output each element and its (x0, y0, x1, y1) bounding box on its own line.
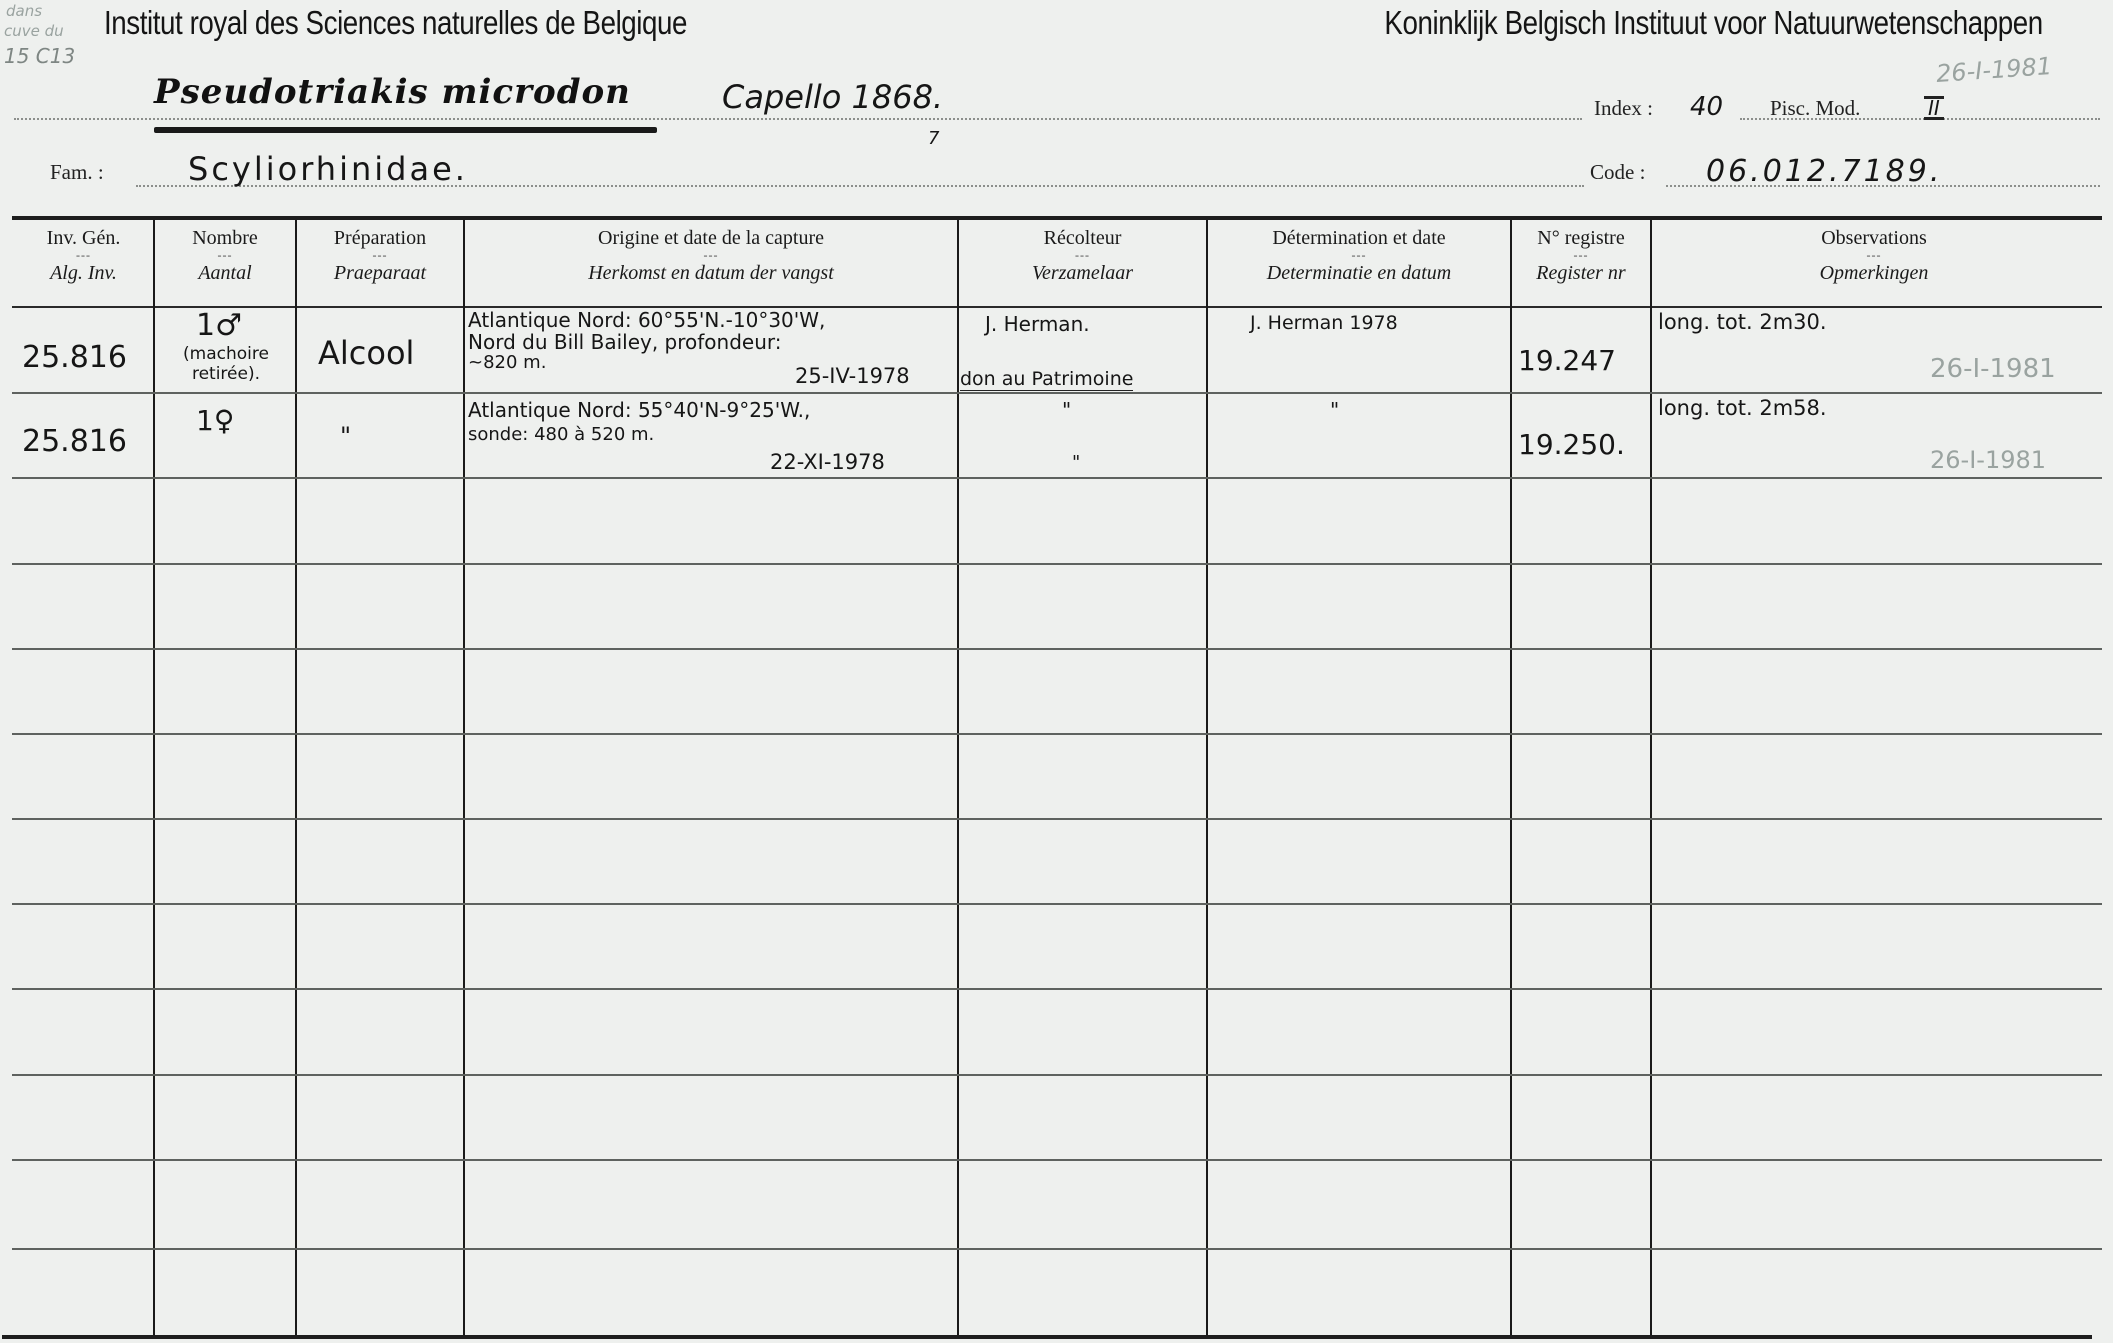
header-fr: N° registre (1512, 226, 1650, 250)
cell-origine-line-1: Atlantique Nord: 55°40'N-9°25'W., (468, 398, 810, 422)
cell-nombre: 1♂ (196, 308, 242, 343)
cell-nombre: 1♀ (196, 404, 234, 437)
cell-preparation: Alcool (318, 334, 414, 372)
cell-origine-line-2: Nord du Bill Bailey, profondeur: (468, 330, 782, 354)
header-nl: Herkomst en datum der vangst (465, 260, 957, 286)
header-nl: Praeparaat (297, 260, 463, 286)
cell-registre: 19.247 (1518, 344, 1616, 377)
header-fr: Préparation (297, 226, 463, 250)
table-top-rule (12, 216, 2102, 220)
row-line (12, 988, 2102, 990)
column-header-inv: Inv. Gén. --- Alg. Inv. (14, 226, 153, 286)
header-separator: --- (959, 250, 1206, 260)
column-divider-4 (957, 220, 959, 1335)
row-line (12, 563, 2102, 565)
header-separator: --- (1512, 250, 1650, 260)
header-nl: Aantal (155, 260, 295, 286)
column-divider-7 (1650, 220, 1652, 1335)
header-nl: Register nr (1512, 260, 1650, 286)
row-line (12, 1074, 2102, 1076)
header-separator: --- (1208, 250, 1510, 260)
pisc-mod-value: II (1924, 96, 1944, 120)
cell-origine-date: 25-IV-1978 (795, 364, 910, 388)
column-header-recolteur: Récolteur --- Verzamelaar (959, 226, 1206, 286)
cell-recolteur: J. Herman. (985, 312, 1090, 336)
species-author: Capello 1868. (722, 78, 943, 116)
cell-observations: long. tot. 2m58. (1658, 396, 1827, 420)
species-dotted-line (14, 118, 1582, 120)
margin-note-line-1: dans (6, 2, 42, 20)
cell-registre: 19.250. (1518, 428, 1625, 461)
header-fr: Récolteur (959, 226, 1206, 250)
margin-note-line-2: cuve du (4, 22, 64, 40)
header-separator: --- (297, 250, 463, 260)
cell-observations-date: 26-I-1981 (1930, 446, 2046, 474)
margin-note-line-3: 15 C13 (4, 44, 75, 68)
column-divider-3 (463, 220, 465, 1335)
cell-nombre-note-1: (machoire (160, 344, 292, 364)
row-line (12, 903, 2102, 905)
header-bottom-rule (12, 306, 2102, 308)
row-line (12, 392, 2102, 394)
header-nl: Verzamelaar (959, 260, 1206, 286)
column-header-observations: Observations --- Opmerkingen (1652, 226, 2096, 286)
index-label: Index : (1594, 96, 1653, 121)
table-bottom-rule (2, 1335, 2092, 1339)
institute-name-fr: Institut royal des Sciences naturelles d… (104, 4, 687, 42)
row-line (12, 733, 2102, 735)
header-separator: --- (1652, 250, 2096, 260)
header-separator: --- (155, 250, 295, 260)
family-value: Scyliorhinidae. (188, 150, 468, 188)
column-divider-1 (153, 220, 155, 1335)
column-divider-5 (1206, 220, 1208, 1335)
cell-preparation: " (340, 422, 351, 450)
row-line (12, 1159, 2102, 1161)
row-line (12, 1248, 2102, 1250)
column-header-preparation: Préparation --- Praeparaat (297, 226, 463, 286)
header-nl: Opmerkingen (1652, 260, 2096, 286)
cell-origine-line-1: Atlantique Nord: 60°55'N.-10°30'W, (468, 308, 825, 332)
header-nl: Alg. Inv. (14, 260, 153, 286)
cell-recolteur: " (1062, 398, 1071, 422)
index-value: 40 (1690, 92, 1723, 122)
row-line (12, 818, 2102, 820)
header-separator: --- (14, 250, 153, 260)
code-value: 06.012.7189. (1706, 154, 1942, 189)
header-nl: Determinatie en datum (1208, 260, 1510, 286)
header-fr: Origine et date de la capture (465, 226, 957, 250)
cell-observations: long. tot. 2m30. (1658, 310, 1827, 334)
column-header-nombre: Nombre --- Aantal (155, 226, 295, 286)
header-fr: Nombre (155, 226, 295, 250)
code-label: Code : (1590, 160, 1645, 185)
cell-observations-date: 26-I-1981 (1930, 354, 2056, 384)
family-label: Fam. : (50, 160, 104, 185)
column-header-origine: Origine et date de la capture --- Herkom… (465, 226, 957, 286)
species-name: Pseudotriakis microdon (154, 72, 631, 112)
species-underline (154, 127, 657, 133)
header-fr: Inv. Gén. (14, 226, 153, 250)
column-header-registre: N° registre --- Register nr (1512, 226, 1650, 286)
author-note: 7 (928, 128, 939, 149)
header-fr: Détermination et date (1208, 226, 1510, 250)
cell-determination: " (1330, 398, 1339, 422)
header-separator: --- (465, 250, 957, 260)
column-divider-6 (1510, 220, 1512, 1335)
institute-name-nl: Koninklijk Belgisch Instituut voor Natuu… (1385, 4, 2043, 42)
cell-origine-date: 22-XI-1978 (770, 450, 885, 474)
cell-recolteur-note: " (1072, 452, 1080, 473)
cell-origine-line-2: sonde: 480 à 520 m. (468, 424, 654, 445)
column-header-determination: Détermination et date --- Determinatie e… (1208, 226, 1510, 286)
cell-inv: 25.816 (22, 340, 127, 375)
row-line (12, 648, 2102, 650)
pisc-mod-label: Pisc. Mod. (1770, 96, 1860, 121)
cell-inv: 25.816 (22, 424, 127, 459)
row-line (12, 477, 2102, 479)
pencil-date-top: 26-I-1981 (1935, 52, 2053, 88)
column-divider-2 (295, 220, 297, 1335)
cell-nombre-note-2: retirée). (160, 364, 292, 384)
header-fr: Observations (1652, 226, 2096, 250)
cell-determination: J. Herman 1978 (1250, 312, 1398, 334)
cell-origine-line-3: ~820 m. (468, 352, 546, 373)
cell-recolteur-note: don au Patrimoine (960, 368, 1133, 391)
